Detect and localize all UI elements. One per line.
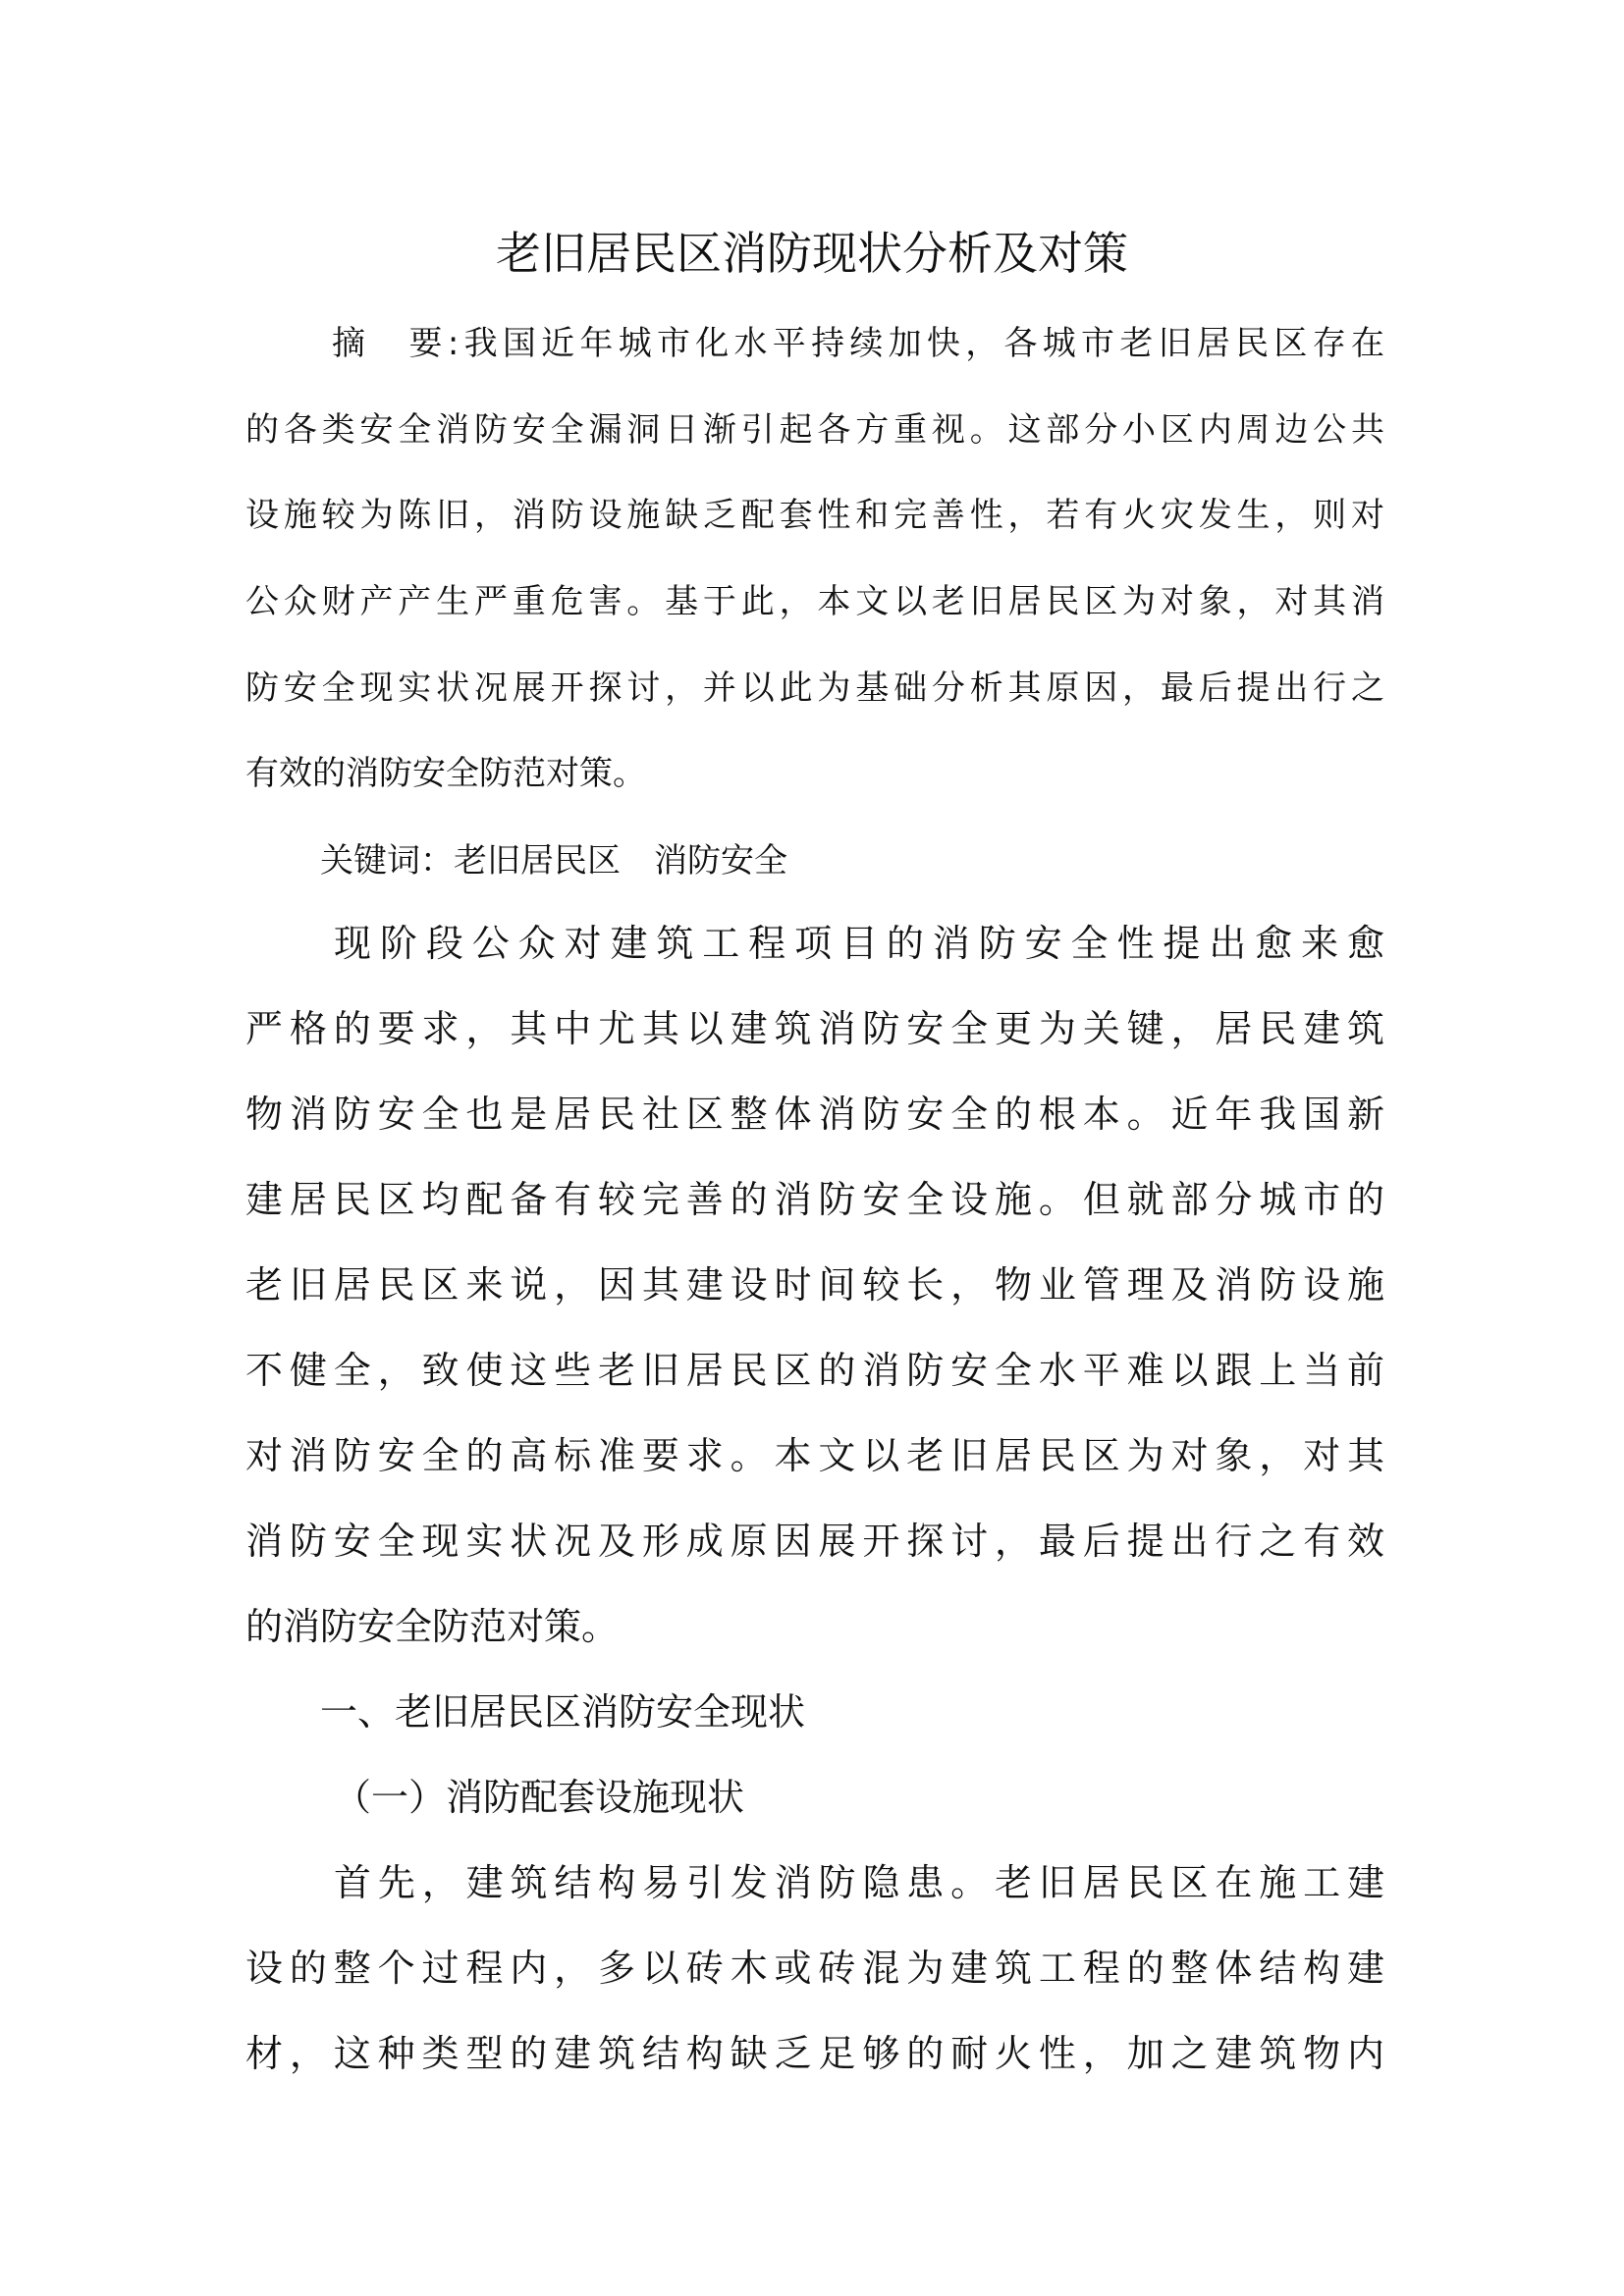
abstract-line: 有效的消防安全防范对策。 bbox=[245, 752, 1384, 795]
paragraph-line: 消防安全现实状况及形成原因展开探讨，最后提出行之有效 bbox=[245, 1517, 1384, 1566]
abstract-text: 我国近年城市化水平持续加快，各城市老旧居民区存在 bbox=[459, 324, 1384, 363]
keyword-item: 消防安全 bbox=[654, 841, 787, 881]
paragraph-line: 建居民区均配备有较完善的消防安全设施。但就部分城市的 bbox=[245, 1175, 1384, 1224]
paragraph-line: 首先，建筑结构易引发消防隐患。老旧居民区在施工建 bbox=[334, 1858, 1384, 1907]
abstract-line: 的各类安全消防安全漏洞日渐引起各方重视。这部分小区内周边公共 bbox=[245, 408, 1384, 452]
document-page: 老旧居民区消防现状分析及对策 摘 要:我国近年城市化水平持续加快，各城市老旧居民… bbox=[0, 0, 1624, 2296]
abstract-line: 设施较为陈旧，消防设施缺乏配套性和完善性，若有火灾发生，则对 bbox=[245, 494, 1384, 537]
abstract-line: 防安全现实状况展开探讨，并以此为基础分析其原因，最后提出行之 bbox=[245, 667, 1384, 710]
keywords-label: 关键词： bbox=[320, 841, 454, 881]
paragraph-line: 不健全，致使这些老旧居民区的消防安全水平难以跟上当前 bbox=[245, 1346, 1384, 1395]
paragraph-line: 的消防安全防范对策。 bbox=[245, 1602, 1384, 1651]
subsection-heading: （一）消防配套设施现状 bbox=[334, 1773, 1473, 1822]
keyword-item: 老旧居民区 bbox=[454, 841, 621, 881]
paragraph-line: 设的整个过程内，多以砖木或砖混为建筑工程的整体结构建 bbox=[245, 1944, 1384, 1993]
paragraph-line: 现阶段公众对建筑工程项目的消防安全性提出愈来愈 bbox=[334, 919, 1384, 968]
abstract-line: 公众财产产生严重危害。基于此，本文以老旧居民区为对象，对其消 bbox=[245, 580, 1384, 623]
paragraph-line: 物消防安全也是居民社区整体消防安全的根本。近年我国新 bbox=[245, 1090, 1384, 1139]
document-title: 老旧居民区消防现状分析及对策 bbox=[0, 224, 1624, 283]
abstract-label: 摘 要: bbox=[332, 324, 459, 363]
paragraph-line: 严格的要求，其中尤其以建筑消防安全更为关键，居民建筑 bbox=[245, 1004, 1384, 1053]
keywords-line: 关键词：老旧居民区消防安全 bbox=[320, 839, 1459, 882]
paragraph-line: 对消防安全的高标准要求。本文以老旧居民区为对象，对其 bbox=[245, 1431, 1384, 1480]
section-heading: 一、老旧居民区消防安全现状 bbox=[320, 1687, 1459, 1736]
paragraph-line: 材，这种类型的建筑结构缺乏足够的耐火性，加之建筑物内 bbox=[245, 2029, 1384, 2078]
paragraph-line: 老旧居民区来说，因其建设时间较长，物业管理及消防设施 bbox=[245, 1260, 1384, 1309]
abstract-line: 摘 要:我国近年城市化水平持续加快，各城市老旧居民区存在 bbox=[332, 322, 1384, 365]
